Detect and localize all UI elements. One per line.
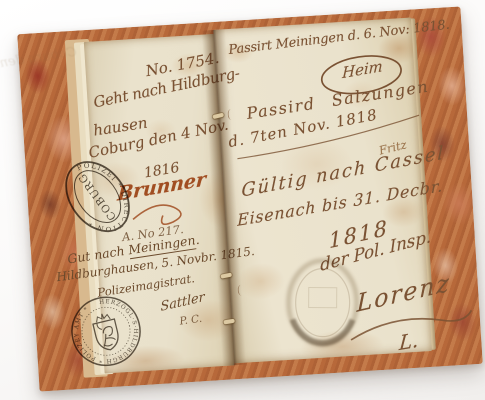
svg-text:HERZOGL·S·HILDBURGH * POLIZEY: HERZOGL·S·HILDBURGH * POLIZEY AMT * bbox=[67, 293, 145, 371]
seal-ring-text: HERZOGL·S·HILDBURGH * POLIZEY AMT * bbox=[67, 293, 145, 371]
seal-lion bbox=[97, 320, 117, 347]
signature-flourish-l: L. bbox=[398, 327, 419, 355]
faded-stamp bbox=[282, 255, 363, 350]
photo-background: Coburg den 4 Nov. No. 1754. Geht nach Hi… bbox=[0, 0, 485, 400]
passport-book: Coburg den 4 Nov. No. 1754. Geht nach Hi… bbox=[17, 6, 483, 391]
